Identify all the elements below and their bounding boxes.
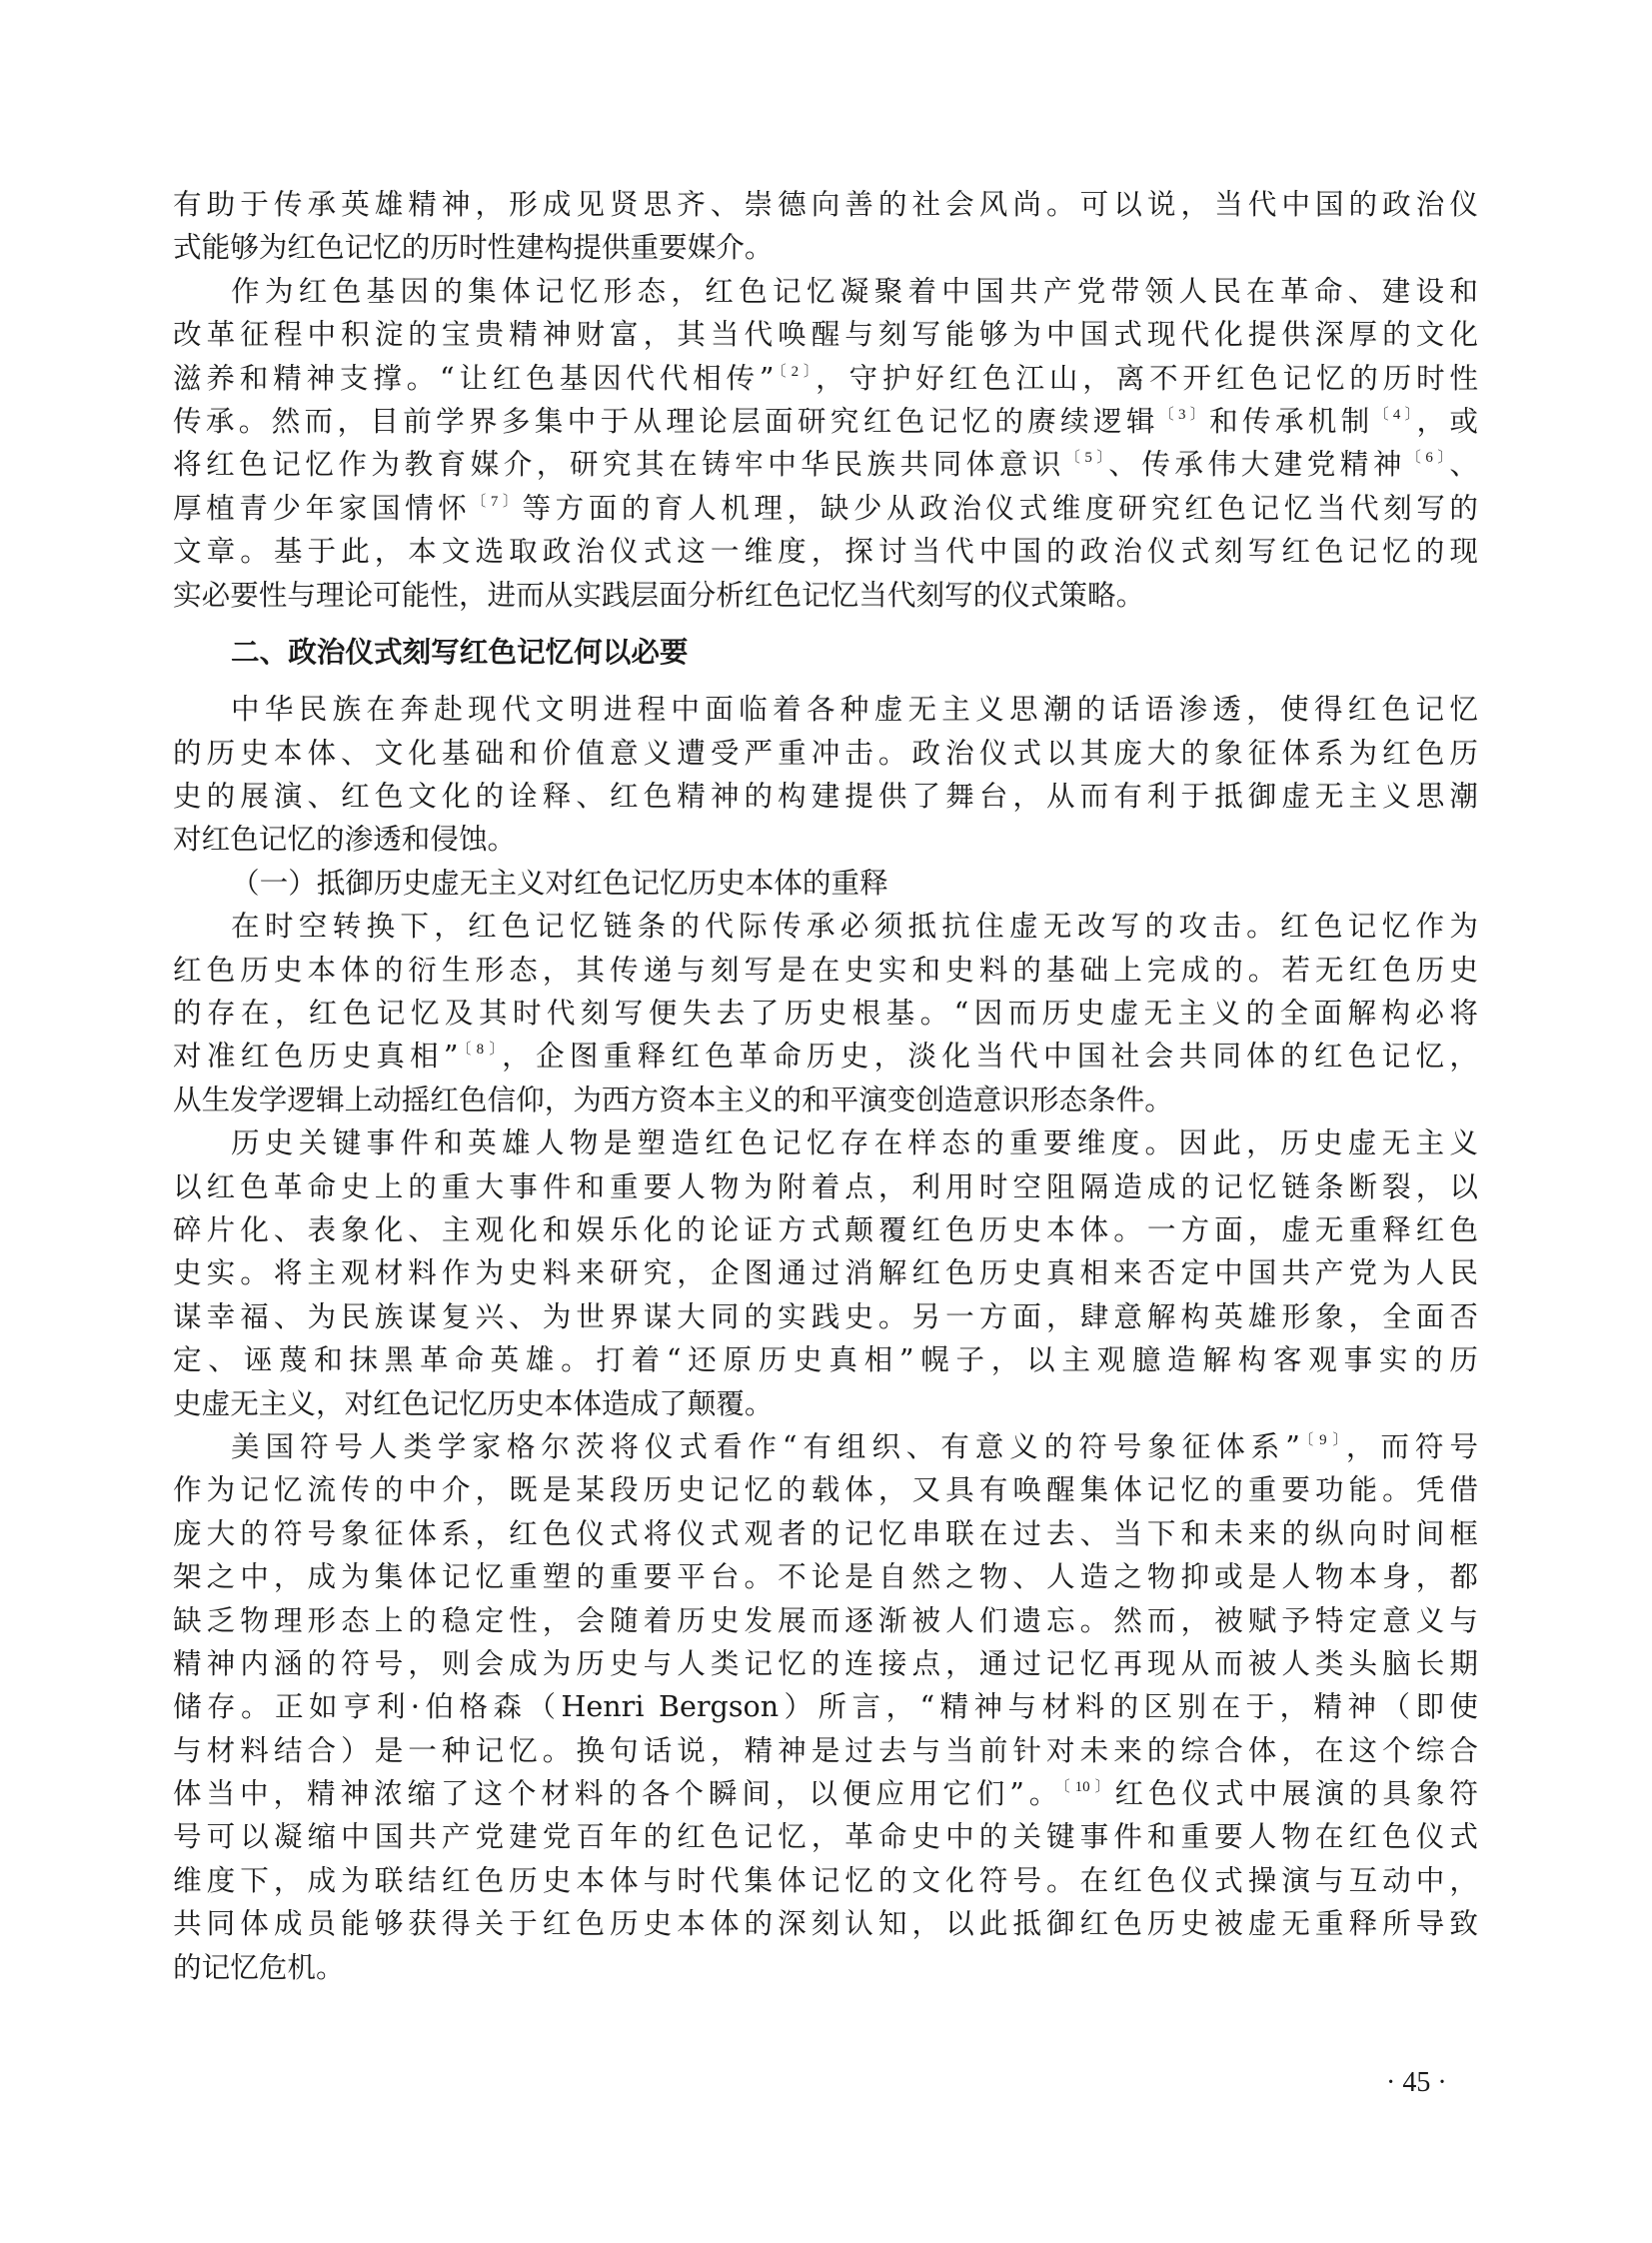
paragraph-body: 美国符号人类学家格尔茨将仪式看作“有组织、有意义的符号象征体系”〔9〕，而符号 … [173, 1425, 1478, 1989]
text-line: 的记忆危机。 [173, 1946, 1478, 1989]
text-line: 有助于传承英雄精神，形成见贤思齐、崇德向善的社会风尚。可以说，当代中国的政治仪 [173, 183, 1478, 226]
text-line: 对红色记忆的渗透和侵蚀。 [173, 818, 1478, 861]
citation-10[interactable]: 〔10〕 [1062, 1779, 1114, 1795]
text-line: 从生发学逻辑上动摇红色信仰，为西方资本主义的和平演变创造意识形态条件。 [173, 1079, 1478, 1121]
text-line: 的存在，红色记忆及其时代刻写便失去了历史根基。“因而历史虚无主义的全面解构必将 [173, 992, 1478, 1035]
text-line: 文章。基于此，本文选取政治仪式这一维度，探讨当代中国的政治仪式刻写红色记忆的现 [173, 530, 1478, 573]
text-line: 实必要性与理论可能性，进而从实践层面分析红色记忆当代刻写的仪式策略。 [173, 574, 1478, 617]
text-line: 对准红色历史真相”〔8〕，企图重释红色革命历史，淡化当代中国社会共同体的红色记忆… [173, 1035, 1478, 1078]
text-line: 美国符号人类学家格尔茨将仪式看作“有组织、有意义的符号象征体系”〔9〕，而符号 [173, 1425, 1478, 1468]
text-line: 滋养和精神支撑。“让红色基因代代相传”〔2〕，守护好红色江山，离不开红色记忆的历… [173, 357, 1478, 400]
citation-6[interactable]: 〔6〕 [1406, 450, 1449, 466]
text-line: 传承。然而，目前学界多集中于从理论层面研究红色记忆的赓续逻辑〔3〕和传承机制〔4… [173, 400, 1478, 443]
text-line: 式能够为红色记忆的历时性建构提供重要媒介。 [173, 226, 1478, 269]
text-line: 以红色革命史上的重大事件和重要人物为附着点，利用时空阻隔造成的记忆链条断裂，以 [173, 1165, 1478, 1208]
paragraph-continuation: 有助于传承英雄精神，形成见贤思齐、崇德向善的社会风尚。可以说，当代中国的政治仪 … [173, 183, 1478, 270]
subsection-heading: （一）抵御历史虚无主义对红色记忆历史本体的重释 [173, 862, 1478, 905]
text-line: 定、诬蔑和抹黑革命英雄。打着“还原历史真相”幌子，以主观臆造解构客观事实的历 [173, 1338, 1478, 1381]
text-line: 将红色记忆作为教育媒介，研究其在铸牢中华民族共同体意识〔5〕、传承伟大建党精神〔… [173, 443, 1478, 486]
text-line: 作为记忆流传的中介，既是某段历史记忆的载体，又具有唤醒集体记忆的重要功能。凭借 [173, 1468, 1478, 1511]
text-line: 史实。将主观材料作为史料来研究，企图通过消解红色历史真相来否定中国共产党为人民 [173, 1251, 1478, 1294]
text-line: 红色历史本体的衍生形态，其传递与刻写是在史实和史料的基础上完成的。若无红色历史 [173, 949, 1478, 992]
paragraph-section-intro: 中华民族在奔赴现代文明进程中面临着各种虚无主义思潮的话语渗透，使得红色记忆 的历… [173, 688, 1478, 862]
citation-5[interactable]: 〔5〕 [1065, 450, 1108, 466]
citation-7[interactable]: 〔7〕 [471, 494, 522, 510]
text-line: 史的展演、红色文化的诠释、红色精神的构建提供了舞台，从而有利于抵御虚无主义思潮 [173, 775, 1478, 818]
text-line: 体当中，精神浓缩了这个材料的各个瞬间，以便应用它们”。〔10〕红色仪式中展演的具… [173, 1772, 1478, 1815]
text-line: 的历史本体、文化基础和价值意义遭受严重冲击。政治仪式以其庞大的象征体系为红色历 [173, 732, 1478, 775]
text-line: 维度下，成为联结红色历史本体与时代集体记忆的文化符号。在红色仪式操演与互动中， [173, 1859, 1478, 1902]
text-line: 共同体成员能够获得关于红色历史本体的深刻认知，以此抵御红色历史被虚无重释所导致 [173, 1902, 1478, 1945]
text-line: 谋幸福、为民族谋复兴、为世界谋大同的实践史。另一方面，肆意解构英雄形象，全面否 [173, 1295, 1478, 1338]
page-number: · 45 · [1386, 2067, 1447, 2099]
page-body: 有助于传承英雄精神，形成见贤思齐、崇德向善的社会风尚。可以说，当代中国的政治仪 … [173, 183, 1478, 1989]
text-line: 号可以凝缩中国共产党建党百年的红色记忆，革命史中的关键事件和重要人物在红色仪式 [173, 1815, 1478, 1858]
text-line: 历史关键事件和英雄人物是塑造红色记忆存在样态的重要维度。因此，历史虚无主义 [173, 1121, 1478, 1164]
text-line: 庞大的符号象征体系，红色仪式将仪式观者的记忆串联在过去、当下和未来的纵向时间框 [173, 1512, 1478, 1555]
text-line: 与材料结合）是一种记忆。换句话说，精神是过去与当前针对未来的综合体，在这个综合 [173, 1729, 1478, 1772]
citation-4[interactable]: 〔4〕 [1374, 407, 1417, 423]
text-line: 碎片化、表象化、主观化和娱乐化的论证方式颠覆红色历史本体。一方面，虚无重释红色 [173, 1208, 1478, 1251]
paragraph-introduction: 作为红色基因的集体记忆形态，红色记忆凝聚着中国共产党带领人民在革命、建设和 改革… [173, 270, 1478, 617]
citation-2[interactable]: 〔2〕 [775, 364, 817, 380]
text-line: 作为红色基因的集体记忆形态，红色记忆凝聚着中国共产党带领人民在革命、建设和 [173, 270, 1478, 313]
text-line: 在时空转换下，红色记忆链条的代际传承必须抵抗住虚无改写的攻击。红色记忆作为 [173, 905, 1478, 948]
paragraph-body: 在时空转换下，红色记忆链条的代际传承必须抵抗住虚无改写的攻击。红色记忆作为 红色… [173, 905, 1478, 1121]
text-line: 改革征程中积淀的宝贵精神财富，其当代唤醒与刻写能够为中国式现代化提供深厚的文化 [173, 313, 1478, 356]
text-line: 缺乏物理形态上的稳定性，会随着历史发展而逐渐被人们遗忘。然而，被赋予特定意义与 [173, 1599, 1478, 1642]
text-line: 储存。正如亨利·伯格森（Henri Bergson）所言，“精神与材料的区别在于… [173, 1685, 1478, 1728]
citation-8[interactable]: 〔8〕 [459, 1042, 503, 1058]
text-line: 架之中，成为集体记忆重塑的重要平台。不论是自然之物、人造之物抑或是人物本身，都 [173, 1555, 1478, 1598]
section-heading: 二、政治仪式刻写红色记忆何以必要 [173, 631, 1478, 674]
citation-9[interactable]: 〔9〕 [1300, 1432, 1346, 1448]
paragraph-body: 历史关键事件和英雄人物是塑造红色记忆存在样态的重要维度。因此，历史虚无主义 以红… [173, 1121, 1478, 1425]
text-line: 中华民族在奔赴现代文明进程中面临着各种虚无主义思潮的话语渗透，使得红色记忆 [173, 688, 1478, 731]
text-line: 厚植青少年家国情怀〔7〕等方面的育人机理，缺少从政治仪式维度研究红色记忆当代刻写… [173, 487, 1478, 530]
text-line: 精神内涵的符号，则会成为历史与人类记忆的连接点，通过记忆再现从而被人类头脑长期 [173, 1642, 1478, 1685]
text-line: 史虚无主义，对红色记忆历史本体造成了颠覆。 [173, 1382, 1478, 1425]
citation-3[interactable]: 〔3〕 [1159, 407, 1209, 423]
